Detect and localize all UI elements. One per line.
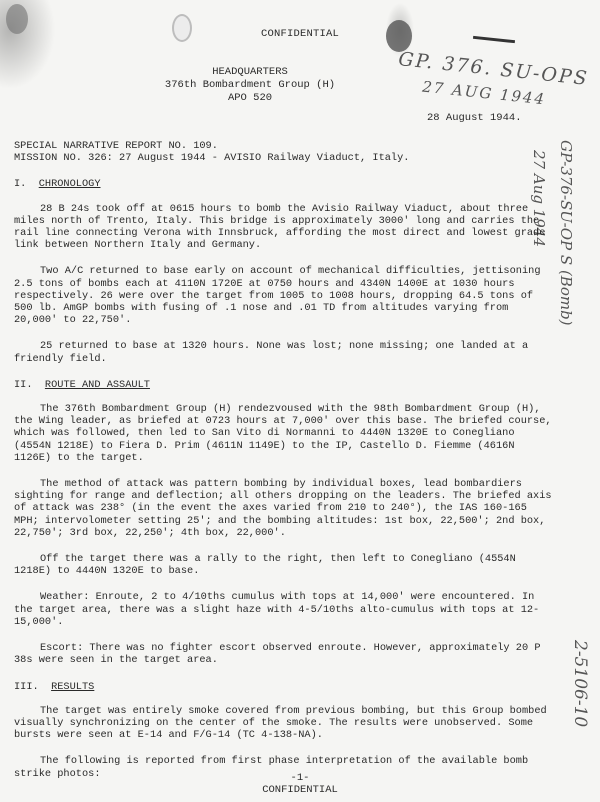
- letterhead: HEADQUARTERS 376th Bombardment Group (H)…: [150, 66, 350, 105]
- classification-top: CONFIDENTIAL: [0, 28, 600, 40]
- paragraph: The 376th Bombardment Group (H) rendezvo…: [14, 403, 554, 464]
- report-date: 28 August 1944.: [427, 112, 522, 124]
- letterhead-line-1: HEADQUARTERS: [150, 66, 350, 79]
- section-title: ROUTE AND ASSAULT: [45, 379, 150, 391]
- paragraph: The method of attack was pattern bombing…: [14, 478, 554, 539]
- paragraph: Off the target there was a rally to the …: [14, 553, 554, 577]
- section-number: II.: [14, 379, 33, 391]
- section-heading-chronology: I. CHRONOLOGY: [14, 178, 554, 190]
- handwritten-margin-code: GP-376-SU-OP S (Bomb): [557, 140, 575, 326]
- report-title-line-2: MISSION NO. 326: 27 August 1944 - AVISIO…: [14, 152, 554, 164]
- paragraph: Weather: Enroute, 2 to 4/10ths cumulus w…: [14, 591, 554, 628]
- section-heading-results: III. RESULTS: [14, 681, 554, 693]
- letterhead-line-3: APO 520: [150, 92, 350, 105]
- paragraph: Two A/C returned to base early on accoun…: [14, 265, 554, 326]
- letterhead-line-2: 376th Bombardment Group (H): [150, 79, 350, 92]
- handwritten-margin-number: 2-5106-10: [570, 640, 590, 727]
- paragraph: 25 returned to base at 1320 hours. None …: [14, 340, 554, 364]
- paragraph: 28 B 24s took off at 0615 hours to bomb …: [14, 203, 554, 252]
- report-title-line-1: SPECIAL NARRATIVE REPORT NO. 109.: [14, 140, 554, 152]
- document-page: CONFIDENTIAL HEADQUARTERS 376th Bombardm…: [0, 0, 600, 802]
- page-footer: -1- CONFIDENTIAL: [0, 772, 600, 796]
- paragraph: The target was entirely smoke covered fr…: [14, 705, 554, 742]
- section-heading-route-and-assault: II. ROUTE AND ASSAULT: [14, 379, 554, 391]
- section-title: CHRONOLOGY: [39, 178, 101, 190]
- page-number: -1-: [0, 772, 600, 784]
- classification-bottom: CONFIDENTIAL: [0, 784, 600, 796]
- section-number: III.: [14, 681, 39, 693]
- report-body: SPECIAL NARRATIVE REPORT NO. 109. MISSIO…: [14, 140, 554, 794]
- paragraph: Escort: There was no fighter escort obse…: [14, 642, 554, 666]
- section-title: RESULTS: [51, 681, 94, 693]
- section-number: I.: [14, 178, 26, 190]
- report-title: SPECIAL NARRATIVE REPORT NO. 109. MISSIO…: [14, 140, 554, 164]
